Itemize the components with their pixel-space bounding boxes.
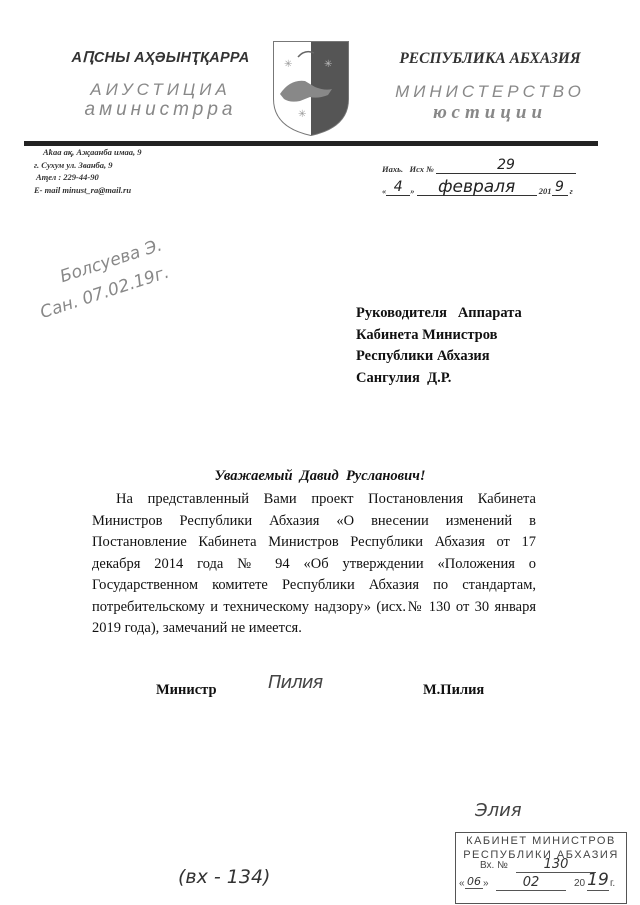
ref-month-handwritten: февраля [417, 179, 537, 195]
stamp-month-value: 02 [496, 875, 566, 891]
letterhead-russian: РЕСПУБЛИКА АБХАЗИЯ МИНИСТЕРСТВО юстиции [390, 50, 590, 124]
body-paragraph: На представленный Вами проект Постановле… [92, 489, 536, 640]
address-line-russian: г. Сухум ул. Званба, 9 [34, 159, 142, 172]
recipient-line-4: Сангулия Д.Р. [356, 368, 522, 390]
letterhead-abkhaz: АԤСНЫ АҲӘЫНҬҚАРРА АИУСТИЦИА аминистрра [58, 50, 263, 120]
stamp-year-value: 19 [587, 870, 609, 891]
ref-year-field: 9 [552, 184, 568, 196]
recipient-line-2: Кабинета Министров [356, 325, 522, 347]
signatory-title: Министр [156, 682, 217, 699]
stamp-line-1: КАБИНЕТ МИНИСТРОВ [456, 835, 626, 847]
registration-stamp: КАБИНЕТ МИНИСТРОВ РЕСПУБЛИКИ АБХАЗИЯ Вх.… [455, 832, 627, 904]
address-line-abkhaz: Аҟаа ақ, Аҗаанба имаа, 9 [34, 146, 142, 159]
letterhead-abkhaz-title: АԤСНЫ АҲӘЫНҬҚАРРА [58, 50, 263, 66]
letterhead-abkhaz-subtitle-2: аминистрра [58, 100, 263, 120]
ref-year-suffix: г [570, 186, 573, 196]
ref-prefix-abkhaz: Иахь. [382, 164, 403, 174]
address-phone: Аҭел : 229-44-90 [34, 171, 142, 184]
ref-year-handwritten: 9 [552, 179, 568, 195]
stamp-year-suffix: г. [610, 878, 615, 889]
ref-month-field: февраля [417, 184, 537, 196]
stamp-day-value: 06 [465, 875, 483, 889]
letterhead-abkhaz-subtitle-1: АИУСТИЦИА [58, 80, 263, 100]
letterhead-russian-title: РЕСПУБЛИКА АБХАЗИЯ [390, 50, 590, 68]
ref-day-field: 4 [386, 184, 410, 196]
recipient-block: Руководителя Аппарата Кабинета Министров… [356, 303, 522, 389]
letterhead-russian-subtitle-2: юстиции [390, 102, 590, 124]
handwritten-signature: Пилия [268, 672, 322, 693]
greeting: Уважаемый Давид Русланович! [0, 468, 640, 485]
signatory-name: М.Пилия [423, 682, 484, 699]
svg-text:✳: ✳ [298, 109, 306, 120]
ref-number-handwritten: 29 [436, 157, 576, 173]
svg-text:✳: ✳ [324, 59, 332, 70]
svg-text:✳: ✳ [284, 59, 292, 70]
recipient-line-3: Республики Абхазия [356, 346, 522, 368]
stamp-number-value: 130 [516, 857, 596, 873]
letter-body: На представленный Вами проект Постановле… [92, 489, 536, 640]
coat-of-arms-icon: ✳ ✳ ✳ [270, 39, 352, 137]
handwritten-resolution: Элия [475, 800, 522, 821]
handwritten-incoming-number: (вх - 134) [178, 866, 270, 888]
quote-close: » [410, 186, 414, 196]
stamp-number-label: Вх. № [480, 860, 508, 871]
ref-number-label: Исх № [410, 164, 434, 174]
recipient-line-1: Руководителя Аппарата [356, 303, 522, 325]
ref-number-field: 29 [436, 162, 576, 174]
outgoing-reference: Иахь. Исх № 29 «4» февраля 2019 г [382, 162, 592, 204]
pencil-annotation: Болсуева Э. Сан. 07.02.19г. [28, 212, 252, 378]
address-email: E- mail minust_ra@mail.ru [34, 184, 142, 197]
ministry-address: Аҟаа ақ, Аҗаанба имаа, 9 г. Сухум ул. Зв… [34, 146, 142, 196]
stamp-year-prefix: 20 [574, 878, 585, 889]
ref-year-prefix: 201 [539, 186, 552, 196]
ref-day-handwritten: 4 [386, 179, 410, 195]
letterhead-russian-subtitle-1: МИНИСТЕРСТВО [390, 82, 590, 102]
